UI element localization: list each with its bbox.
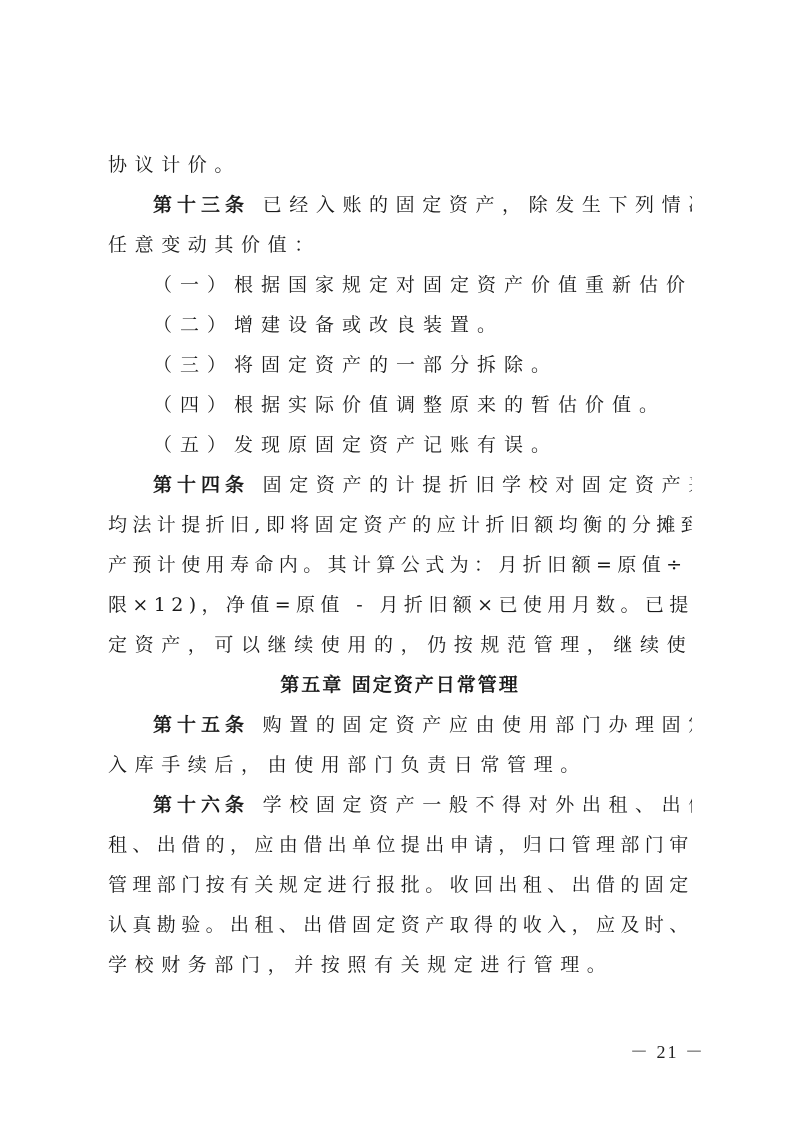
- article-16-line-3: 管理部门按有关规定进行报批。收回出租、出借的固定资产，应: [108, 865, 692, 905]
- article-15-text: 购置的固定资产应由使用部门办理固定资产登记: [249, 714, 692, 736]
- list-item-4: （四）根据实际价值调整原来的暂估价值。: [108, 385, 692, 425]
- article-16-line-2: 租、出借的，应由借出单位提出申请，归口管理部门审核，资产: [108, 825, 692, 865]
- list-item-5: （五）发现原固定资产记账有误。: [108, 425, 692, 465]
- article-14-text: 固定资产的计提折旧学校对固定资产采用年限平: [249, 474, 692, 496]
- chapter-5-title: 第五章 固定资产日常管理: [108, 665, 692, 705]
- article-16-line-5: 学校财务部门，并按照有关规定进行管理。: [108, 945, 692, 985]
- list-item-1: （一）根据国家规定对固定资产价值重新估价。: [108, 265, 692, 305]
- article-13-text: 已经入账的固定资产，除发生下列情况外，不得: [249, 194, 692, 216]
- article-15-line-1: 第十五条 购置的固定资产应由使用部门办理固定资产登记: [108, 705, 692, 745]
- article-16-line-1: 第十六条 学校固定资产一般不得对外出租、出借，确需出: [108, 785, 692, 825]
- document-body: 协议计价。 第十三条 已经入账的固定资产，除发生下列情况外，不得 任意变动其价值…: [108, 145, 692, 985]
- article-14-line-1: 第十四条 固定资产的计提折旧学校对固定资产采用年限平: [108, 465, 692, 505]
- article-15-label: 第十五条: [153, 714, 249, 736]
- list-item-2: （二）增建设备或改良装置。: [108, 305, 692, 345]
- article-14-line-3: 产预计使用寿命内。其计算公式为：月折旧额=原值÷（折旧年: [108, 545, 692, 585]
- article-14-line-5: 定资产，可以继续使用的，仍按规范管理，继续使用。: [108, 625, 692, 665]
- article-16-text: 学校固定资产一般不得对外出租、出借，确需出: [249, 794, 692, 816]
- article-14-line-4: 限×12)，净值=原值 - 月折旧额×已使用月数。已提足折旧的固: [108, 585, 692, 625]
- paragraph-line: 协议计价。: [108, 145, 692, 185]
- article-13-line-1: 第十三条 已经入账的固定资产，除发生下列情况外，不得: [108, 185, 692, 225]
- page-number: － 21 －: [630, 1038, 705, 1064]
- article-16-label: 第十六条: [153, 794, 249, 816]
- article-13-label: 第十三条: [153, 194, 249, 216]
- article-15-line-2: 入库手续后，由使用部门负责日常管理。: [108, 745, 692, 785]
- list-item-3: （三）将固定资产的一部分拆除。: [108, 345, 692, 385]
- article-13-line-2: 任意变动其价值：: [108, 225, 692, 265]
- article-14-label: 第十四条: [153, 474, 249, 496]
- article-14-line-2: 均法计提折旧,即将固定资产的应计折旧额均衡的分摊到固定资: [108, 505, 692, 545]
- article-16-line-4: 认真勘验。出租、出借固定资产取得的收入，应及时、足额上缴: [108, 905, 692, 945]
